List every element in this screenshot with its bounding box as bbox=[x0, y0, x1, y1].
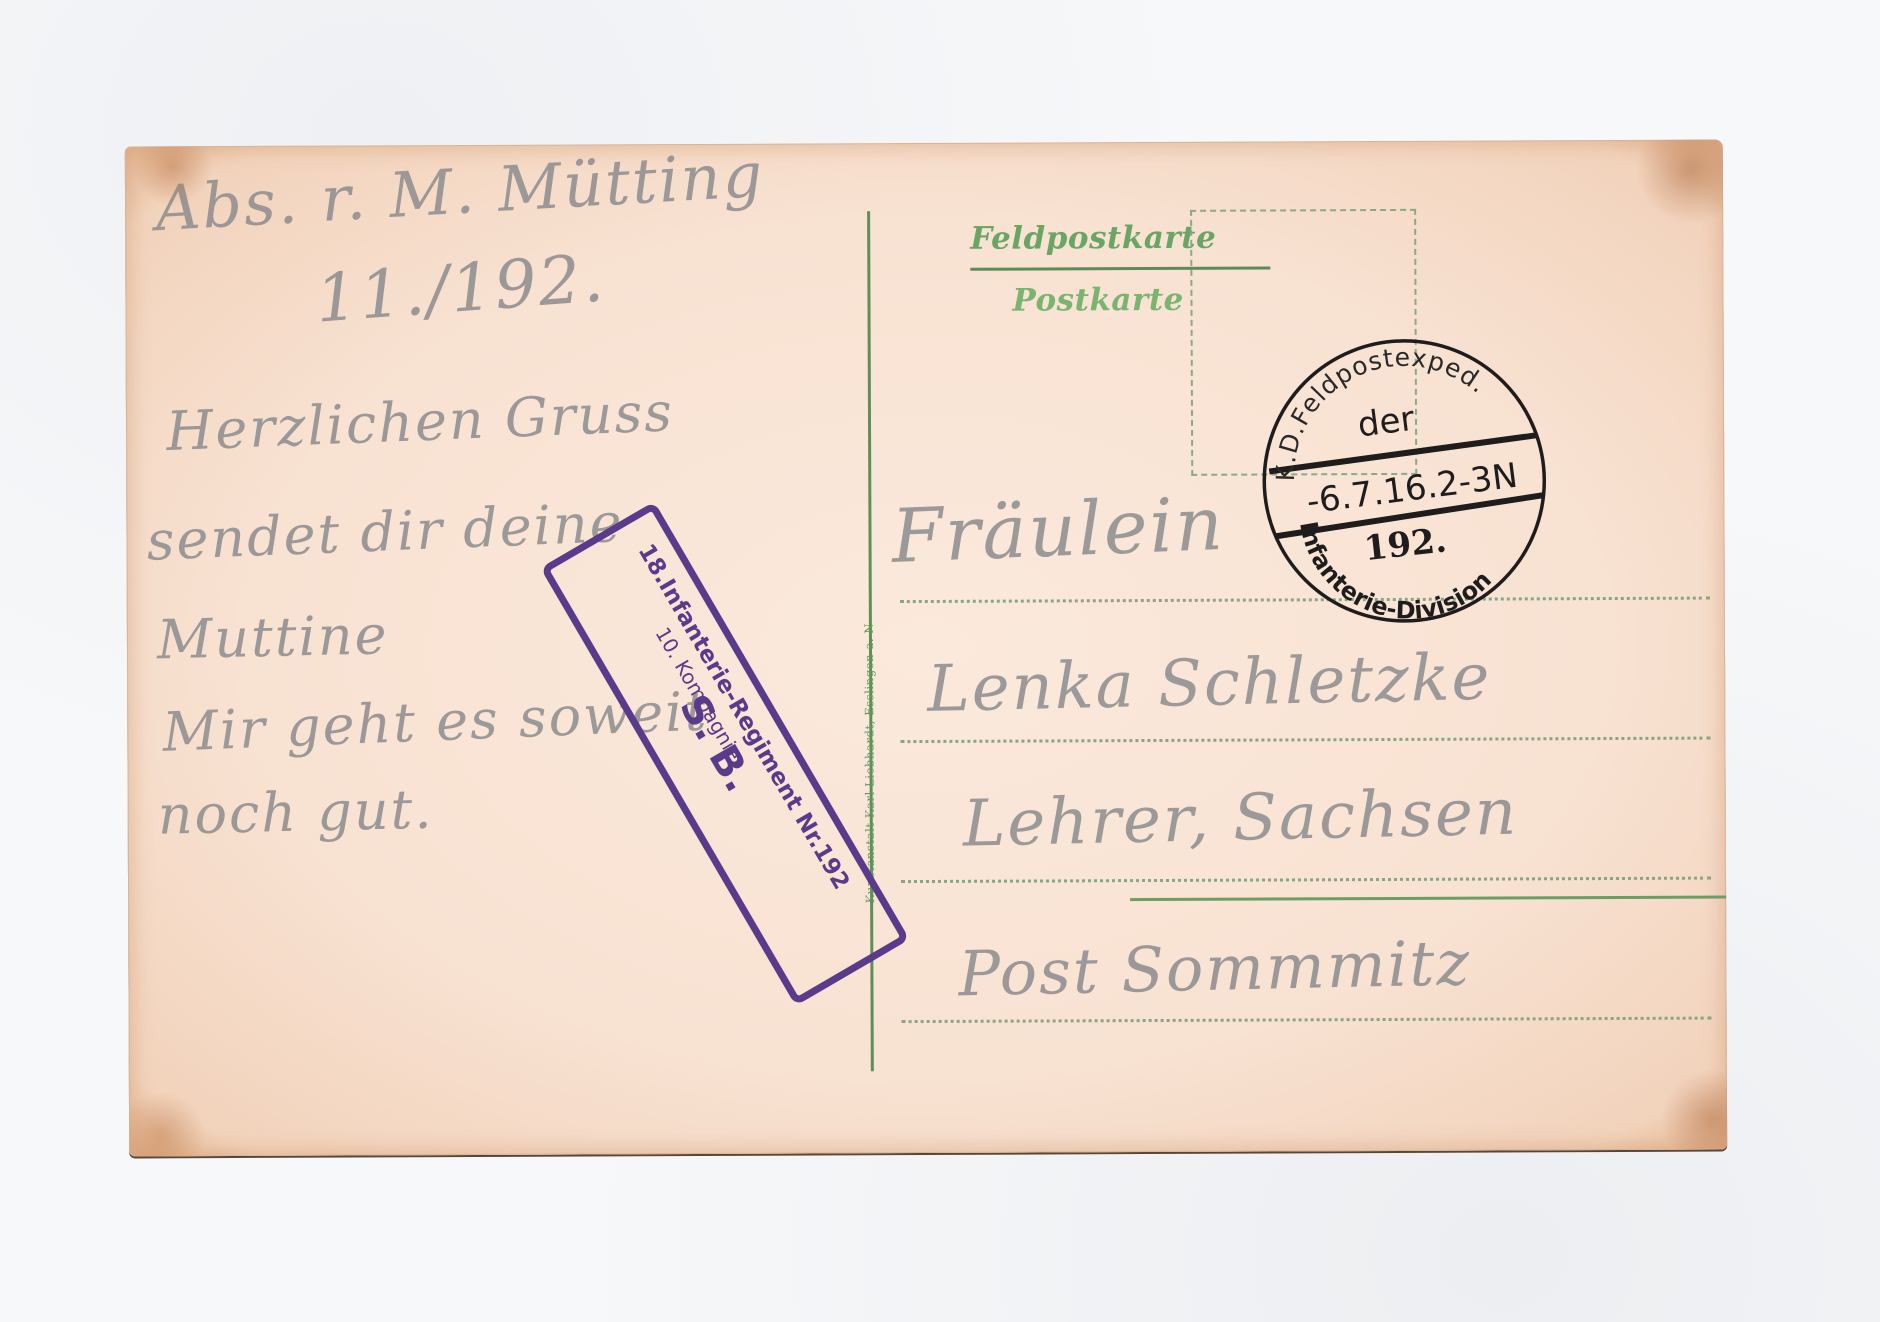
postmark-der: der bbox=[1356, 399, 1417, 446]
postcard: Abs. r. M. Mütting 11./192. Herzlichen G… bbox=[125, 140, 1727, 1157]
message-line: sendet dir deine bbox=[145, 491, 624, 573]
destination-underline bbox=[1130, 895, 1727, 901]
sender-unit-handwriting: 11./192. bbox=[313, 239, 608, 337]
card-subtitle: Postkarte bbox=[1012, 282, 1184, 319]
postmark: K.D.Feldpostexped. der -6.7.16.2-3N 192.… bbox=[1254, 330, 1555, 631]
message-line: Herzlichen Gruss bbox=[165, 380, 675, 463]
sender-name-handwriting: Abs. r. M. Mütting bbox=[153, 140, 766, 246]
address-line bbox=[902, 1017, 1712, 1024]
postmark-date: -6.7.16.2-3N bbox=[1304, 456, 1520, 522]
message-line: Muttine bbox=[156, 603, 389, 671]
unit-cachet: 18.Infanterie-Regiment Nr.192 S. B. 10. … bbox=[566, 473, 1028, 999]
postmark-number: 192. bbox=[1362, 520, 1449, 569]
address-place: Lehrer, Sachsen bbox=[962, 776, 1519, 862]
message-line: noch gut. bbox=[157, 778, 434, 847]
address-post: Post Sommmitz bbox=[958, 926, 1472, 1010]
card-title: Feldpostkarte bbox=[970, 220, 1216, 257]
cachet-regiment: 18.Infanterie-Regiment Nr.192 bbox=[633, 540, 855, 894]
